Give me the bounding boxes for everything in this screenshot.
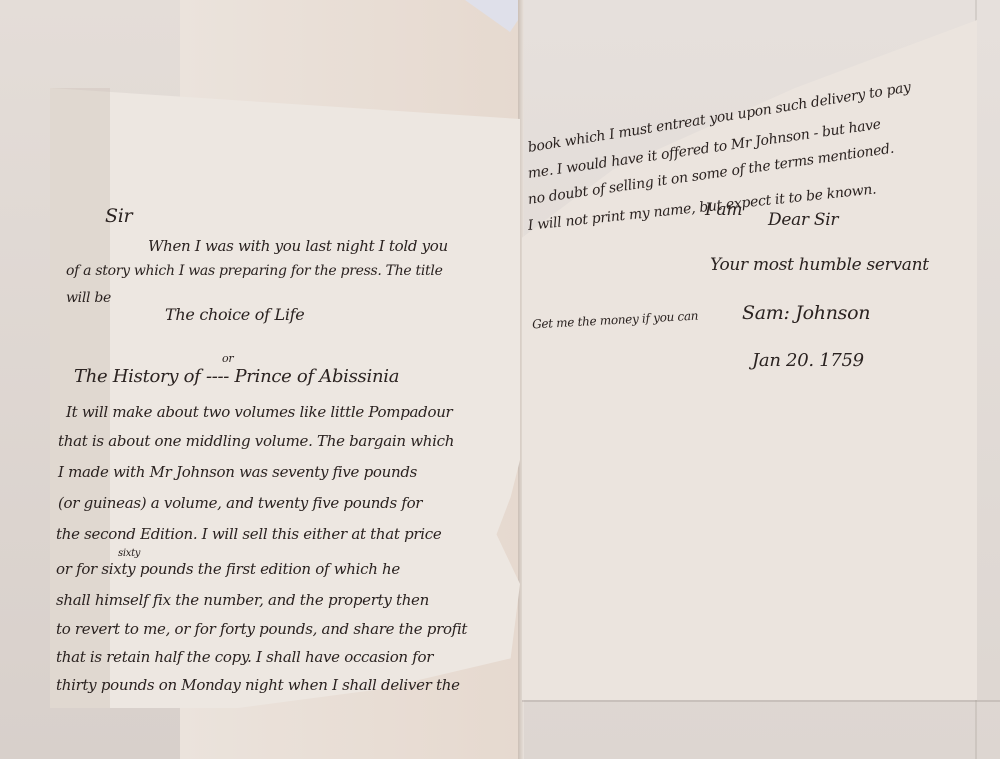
closing-i-am: I am: [705, 200, 742, 220]
letter-line: that is about one middling volume. The b…: [58, 432, 454, 450]
letter-line: the second Edition. I will sell this eit…: [56, 525, 441, 543]
letter-line: of a story which I was preparing for the…: [66, 263, 443, 279]
letter-line: It will make about two volumes like litt…: [66, 403, 452, 421]
letter-line: (or guineas) a volume, and twenty five p…: [58, 494, 422, 512]
letter-photograph: Sir When I was with you last night I tol…: [0, 0, 1000, 759]
letter-date: Jan 20. 1759: [752, 350, 864, 371]
signature: Sam: Johnson: [742, 302, 870, 324]
insertion-above: sixty: [118, 548, 140, 559]
closing-dear-sir: Dear Sir: [768, 210, 838, 230]
letter-line: shall himself fix the number, and the pr…: [56, 591, 429, 609]
letter-line: thirty pounds on Monday night when I sha…: [56, 676, 460, 694]
title-history-of-prince: The History of ---- Prince of Abissinia: [74, 366, 399, 387]
title-or: or: [222, 352, 233, 365]
letter-line: When I was with you last night I told yo…: [148, 237, 448, 255]
fold-line-horizontal: [522, 700, 1000, 702]
letter-line: that is retain half the copy. I shall ha…: [56, 648, 433, 666]
letter-line: I made with Mr Johnson was seventy five …: [58, 463, 417, 481]
sheet-left-shadow: [50, 88, 110, 708]
letter-sheet-left: [50, 88, 520, 708]
closing-humble-servant: Your most humble servant: [710, 255, 929, 275]
letter-line: or for sixty pounds the first edition of…: [56, 560, 400, 578]
title-choice-of-life: The choice of Life: [165, 305, 304, 324]
salutation: Sir: [105, 205, 132, 227]
letter-line: will be: [66, 290, 111, 306]
letter-line: to revert to me, or for forty pounds, an…: [56, 620, 467, 638]
